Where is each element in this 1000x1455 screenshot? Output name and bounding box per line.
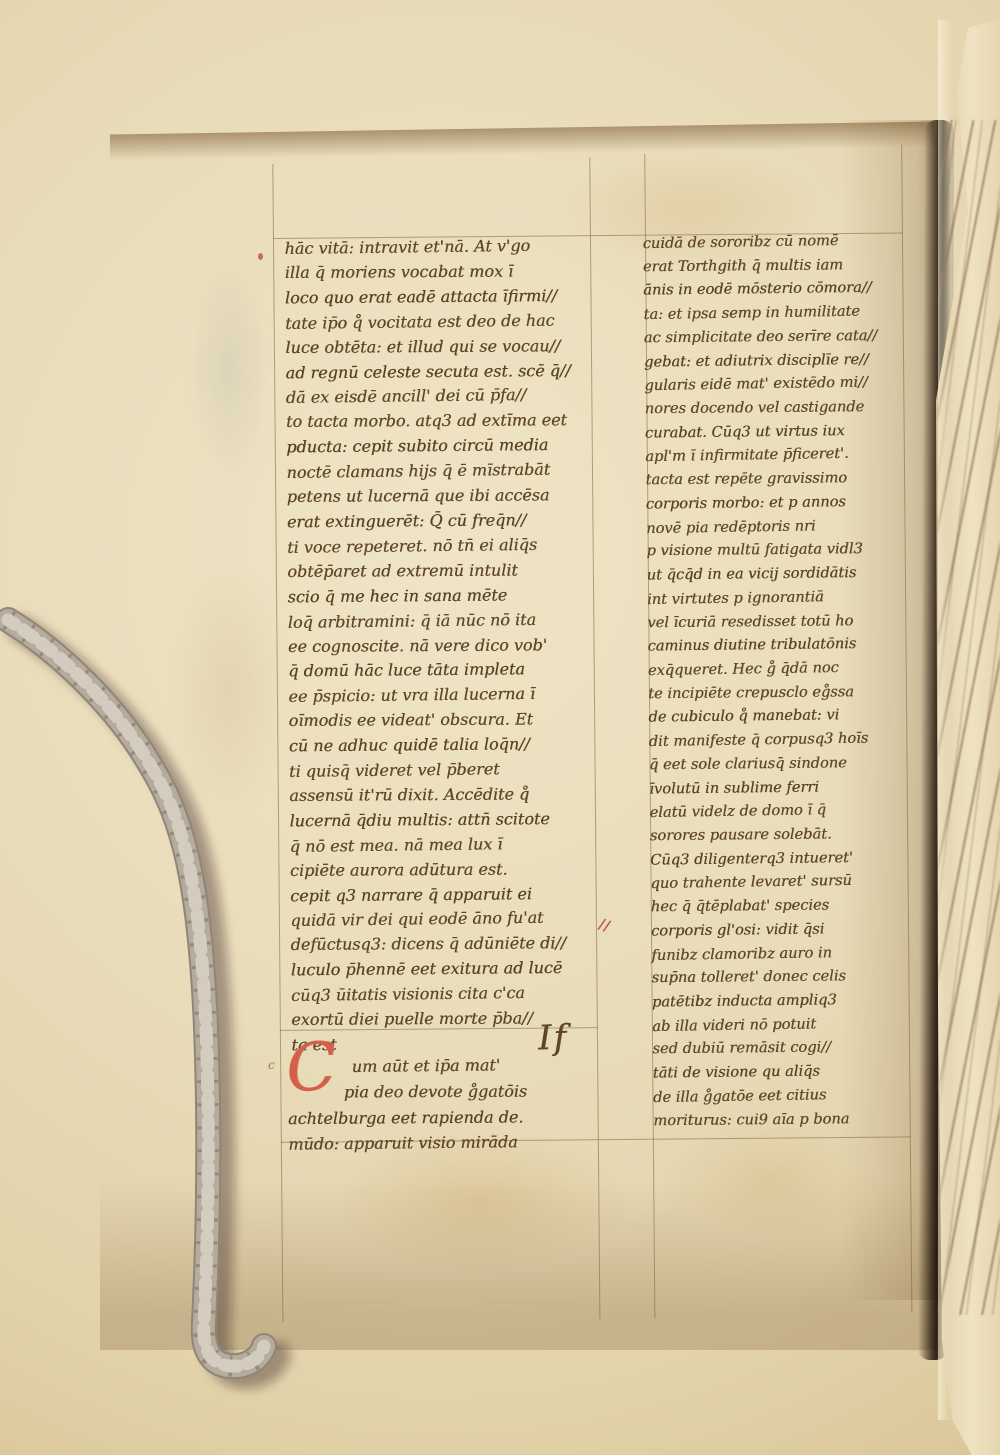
manuscript-photo: hāc vitā: intravit et'nā. At v'goilla q̄…	[0, 0, 1000, 1455]
bookmark-cord	[0, 0, 1000, 1455]
